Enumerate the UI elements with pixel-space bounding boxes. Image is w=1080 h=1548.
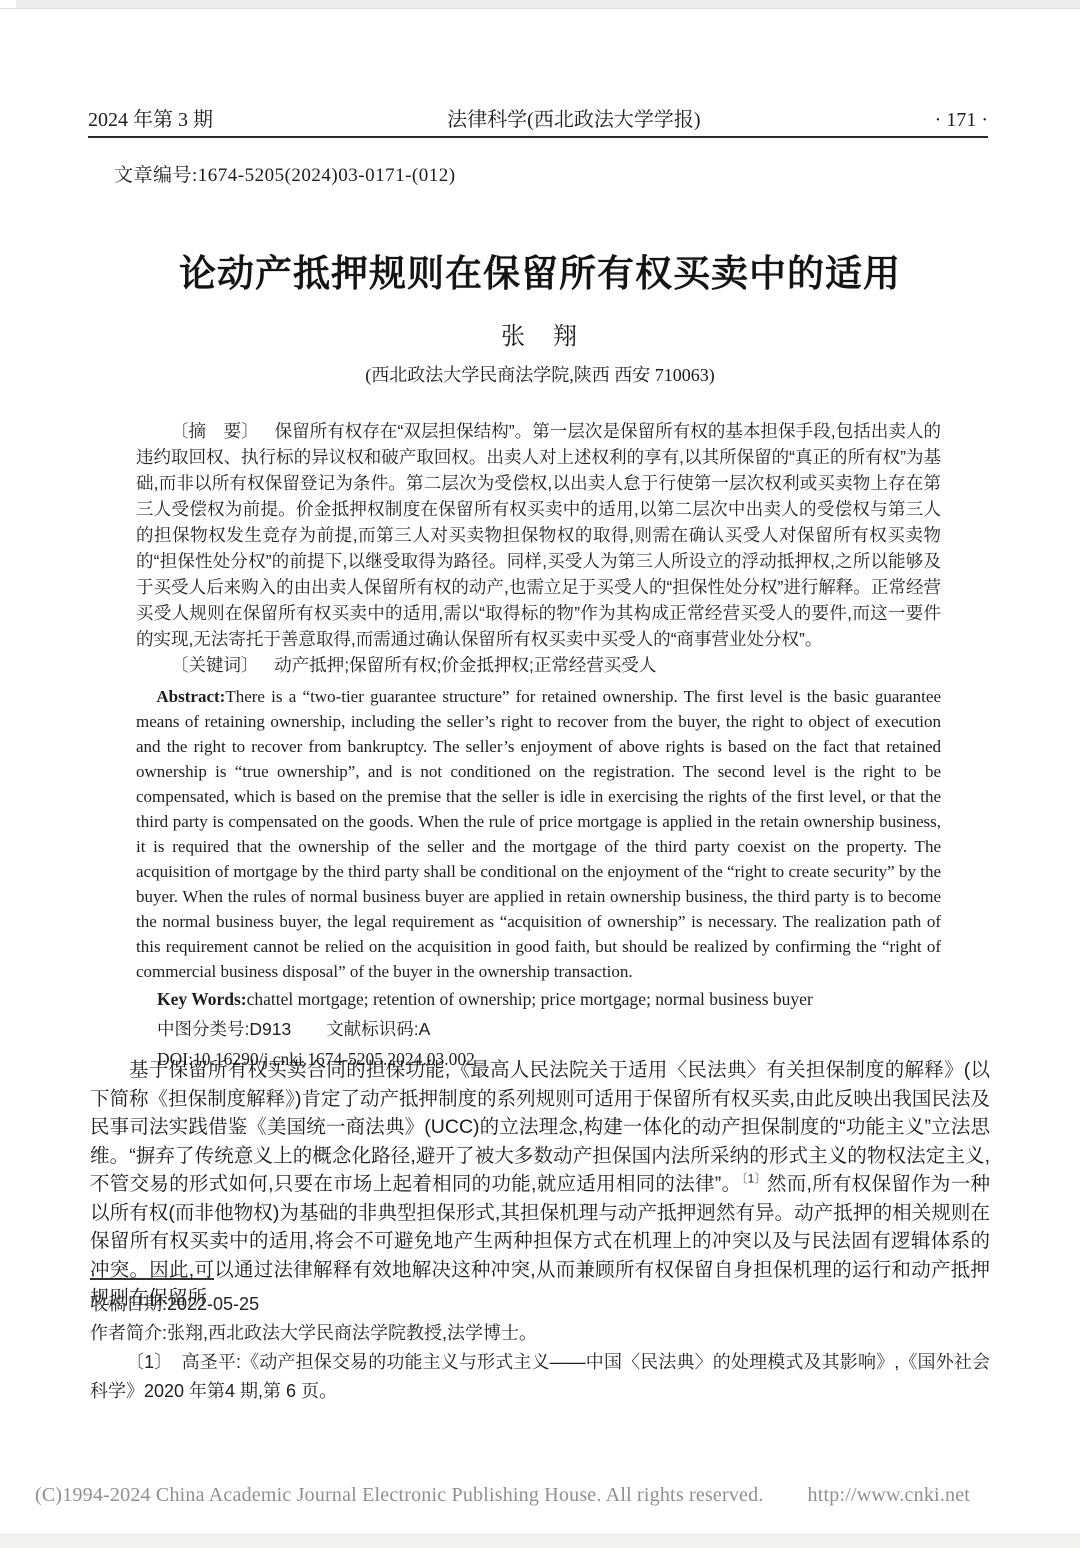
issue-label: 2024 年第 3 期: [88, 103, 213, 132]
body-paragraph: 基于保留所有权买卖合同的担保功能,《最高人民法院关于适用〈民法典〉有关担保制度的…: [90, 1056, 990, 1313]
keywords-en-label: Key Words:: [157, 989, 247, 1009]
copyright-text: (C)1994-2024 China Academic Journal Elec…: [35, 1484, 764, 1506]
keywords-en: Key Words:chattel mortgage; retention of…: [136, 984, 941, 1014]
scan-bottom-edge: [0, 1534, 1080, 1548]
abstract-cn-text: 保留所有权存在“双层担保结构”。第一层次是保留所有权的基本担保手段,包括出卖人的…: [136, 421, 941, 649]
document-code: 文献标识码:A: [326, 1019, 430, 1039]
clc-number: 中图分类号:D913: [157, 1019, 291, 1039]
abstract-en-text: There is a “two-tier guarantee structure…: [136, 687, 941, 981]
abstract-section: 〔摘 要〕保留所有权存在“双层担保结构”。第一层次是保留所有权的基本担保手段,包…: [136, 418, 941, 1074]
article-number: 文章编号:1674-5205(2024)03-0171-(012): [114, 160, 456, 187]
paper-title: 论动产抵押规则在保留所有权买卖中的适用: [0, 243, 1080, 297]
abstract-cn: 〔摘 要〕保留所有权存在“双层担保结构”。第一层次是保留所有权的基本担保手段,包…: [136, 418, 941, 652]
keywords-en-text: chattel mortgage; retention of ownership…: [247, 989, 813, 1009]
journal-name: 法律科学(西北政法大学学报): [447, 103, 700, 132]
footnote-1: 〔1〕 高圣平:《动产担保交易的功能主义与形式主义——中国〈民法典〉的处理模式及…: [90, 1348, 990, 1406]
journal-page: 2024 年第 3 期 法律科学(西北政法大学学报) · 171 · 文章编号:…: [0, 0, 1080, 1548]
keywords-cn: 〔关键词〕动产抵押;保留所有权;价金抵押权;正常经营买受人: [136, 652, 941, 678]
author-bio: 作者简介:张翔,西北政法大学民商法学院教授,法学博士。: [90, 1319, 990, 1348]
page-number: · 171 ·: [935, 109, 988, 132]
author-affiliation: (西北政法大学民商法学院,陕西 西安 710063): [0, 361, 1080, 387]
footnote-reference-1: 〔1〕: [741, 1172, 767, 1186]
header-rule: [88, 136, 988, 138]
footnote-divider: [90, 1278, 214, 1280]
abstract-cn-label: 〔摘 要〕: [171, 421, 259, 441]
cnki-copyright-footer: (C)1994-2024 China Academic Journal Elec…: [35, 1484, 1045, 1507]
scan-top-notch: [0, 0, 16, 8]
classification-line: 中图分类号:D913文献标识码:A: [136, 1014, 941, 1044]
cnki-url: http://www.cnki.net: [808, 1484, 970, 1506]
running-header: 2024 年第 3 期 法律科学(西北政法大学学报) · 171 ·: [88, 103, 988, 132]
abstract-en: Abstract:There is a “two-tier guarantee …: [136, 684, 941, 984]
keywords-cn-text: 动产抵押;保留所有权;价金抵押权;正常经营买受人: [274, 655, 656, 675]
author-name: 张 翔: [0, 316, 1080, 351]
received-date: 收稿日期:2022-05-25: [90, 1290, 990, 1319]
footnotes-section: 收稿日期:2022-05-25 作者简介:张翔,西北政法大学民商法学院教授,法学…: [90, 1290, 990, 1406]
abstract-en-label: Abstract:: [156, 687, 225, 706]
keywords-cn-label: 〔关键词〕: [171, 655, 259, 675]
scan-top-edge: [0, 0, 1080, 9]
